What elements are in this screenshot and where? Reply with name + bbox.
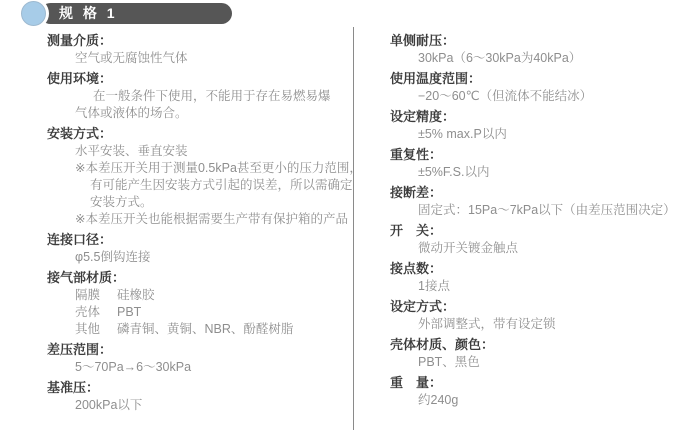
spec-label: 使用环境： xyxy=(47,69,357,88)
spec-value: 外部调整式，带有设定锁 xyxy=(390,316,700,333)
spec-section: 安装方式：水平安装、垂直安装※本差压开关用于测量0.5kPa甚至更小的压力范围，… xyxy=(47,124,357,228)
spec-value: 约240g xyxy=(390,392,700,409)
spec-value: 安装方式。 xyxy=(47,194,357,211)
spec-value: 气体或液体的场合。 xyxy=(47,105,357,122)
spec-section: 测量介质：空气或无腐蚀性气体 xyxy=(47,31,357,67)
spec-label: 设定方式： xyxy=(390,297,700,316)
spec-value: 200kPa以下 xyxy=(47,397,357,414)
spec-value: −20～60℃（但流体不能结冰） xyxy=(390,88,700,105)
spec-value: 空气或无腐蚀性气体 xyxy=(47,50,357,67)
spec-pair-key: 壳体 xyxy=(75,304,117,321)
spec-section: 重复性：±5%F.S.以内 xyxy=(390,145,700,181)
spec-label: 安装方式： xyxy=(47,124,357,143)
spec-section: 开 关：微动开关镀金触点 xyxy=(390,221,700,257)
spec-label: 重复性： xyxy=(390,145,700,164)
spec-value: ※本差压开关用于测量0.5kPa甚至更小的压力范围， xyxy=(47,160,357,177)
spec-section: 设定方式：外部调整式，带有设定锁 xyxy=(390,297,700,333)
spec-section: 壳体材质、颜色：PBT、黑色 xyxy=(390,335,700,371)
spec-page: 规 格 1 测量介质：空气或无腐蚀性气体使用环境：在一般条件下使用，不能用于存在… xyxy=(0,0,700,437)
spec-value: 水平安装、垂直安装 xyxy=(47,143,357,160)
spec-value: ±5% max.P以内 xyxy=(390,126,700,143)
spec-value: 微动开关镀金触点 xyxy=(390,240,700,257)
spec-pair-row: 隔膜硅橡胶 xyxy=(47,287,357,304)
spec-column-right: 单侧耐压：30kPa（6～30kPa为40kPa）使用温度范围：−20～60℃（… xyxy=(390,31,700,411)
spec-value: 在一般条件下使用，不能用于存在易燃易爆 xyxy=(47,88,357,105)
spec-section: 重 量：约240g xyxy=(390,373,700,409)
spec-label: 接断差： xyxy=(390,183,700,202)
spec-value: 固定式：15Pa～7kPa以下（由差压范围决定） xyxy=(390,202,700,219)
spec-label: 单侧耐压： xyxy=(390,31,700,50)
spec-pair-row: 壳体PBT xyxy=(47,304,357,321)
spec-label: 接气部材质： xyxy=(47,268,357,287)
spec-label: 连接口径： xyxy=(47,230,357,249)
spec-label: 基准压： xyxy=(47,378,357,397)
spec-value: φ5.5倒钩连接 xyxy=(47,249,357,266)
spec-section: 使用环境：在一般条件下使用，不能用于存在易燃易爆气体或液体的场合。 xyxy=(47,69,357,122)
spec-value: 1接点 xyxy=(390,278,700,295)
spec-pair-value: 硅橡胶 xyxy=(117,288,155,302)
spec-section: 接气部材质：隔膜硅橡胶壳体PBT其他磷青铜、黄铜、NBR、酚醛树脂 xyxy=(47,268,357,338)
spec-label: 重 量： xyxy=(390,373,700,392)
spec-label: 差压范围： xyxy=(47,340,357,359)
spec-value: 5～70Pa→6～30kPa xyxy=(47,359,357,376)
spec-section: 单侧耐压：30kPa（6～30kPa为40kPa） xyxy=(390,31,700,67)
spec-pair-row: 其他磷青铜、黄铜、NBR、酚醛树脂 xyxy=(47,321,357,338)
spec-label: 设定精度： xyxy=(390,107,700,126)
spec-value: PBT、黑色 xyxy=(390,354,700,371)
spec-pair-key: 隔膜 xyxy=(75,287,117,304)
spec-value: 30kPa（6～30kPa为40kPa） xyxy=(390,50,700,67)
spec-value: ±5%F.S.以内 xyxy=(390,164,700,181)
spec-label: 接点数： xyxy=(390,259,700,278)
page-title: 规 格 1 xyxy=(59,5,118,21)
spec-section: 连接口径：φ5.5倒钩连接 xyxy=(47,230,357,266)
spec-column-left: 测量介质：空气或无腐蚀性气体使用环境：在一般条件下使用，不能用于存在易燃易爆气体… xyxy=(47,31,357,416)
spec-label: 使用温度范围： xyxy=(390,69,700,88)
spec-section: 基准压：200kPa以下 xyxy=(47,378,357,414)
header-bullet-circle-icon xyxy=(21,1,46,26)
spec-section: 差压范围：5～70Pa→6～30kPa xyxy=(47,340,357,376)
spec-pair-key: 其他 xyxy=(75,321,117,338)
spec-label: 开 关： xyxy=(390,221,700,240)
spec-section: 接断差：固定式：15Pa～7kPa以下（由差压范围决定） xyxy=(390,183,700,219)
spec-section: 接点数：1接点 xyxy=(390,259,700,295)
spec-value: 有可能产生因安装方式引起的误差，所以需确定 xyxy=(47,177,357,194)
spec-section: 设定精度：±5% max.P以内 xyxy=(390,107,700,143)
spec-pair-value: PBT xyxy=(117,305,141,319)
spec-section: 使用温度范围：−20～60℃（但流体不能结冰） xyxy=(390,69,700,105)
header-banner: 规 格 1 xyxy=(40,3,232,24)
spec-label: 测量介质： xyxy=(47,31,357,50)
spec-value: ※本差压开关也能根据需要生产带有保护箱的产品 xyxy=(47,211,357,228)
spec-pair-value: 磷青铜、黄铜、NBR、酚醛树脂 xyxy=(117,322,293,336)
spec-label: 壳体材质、颜色： xyxy=(390,335,700,354)
